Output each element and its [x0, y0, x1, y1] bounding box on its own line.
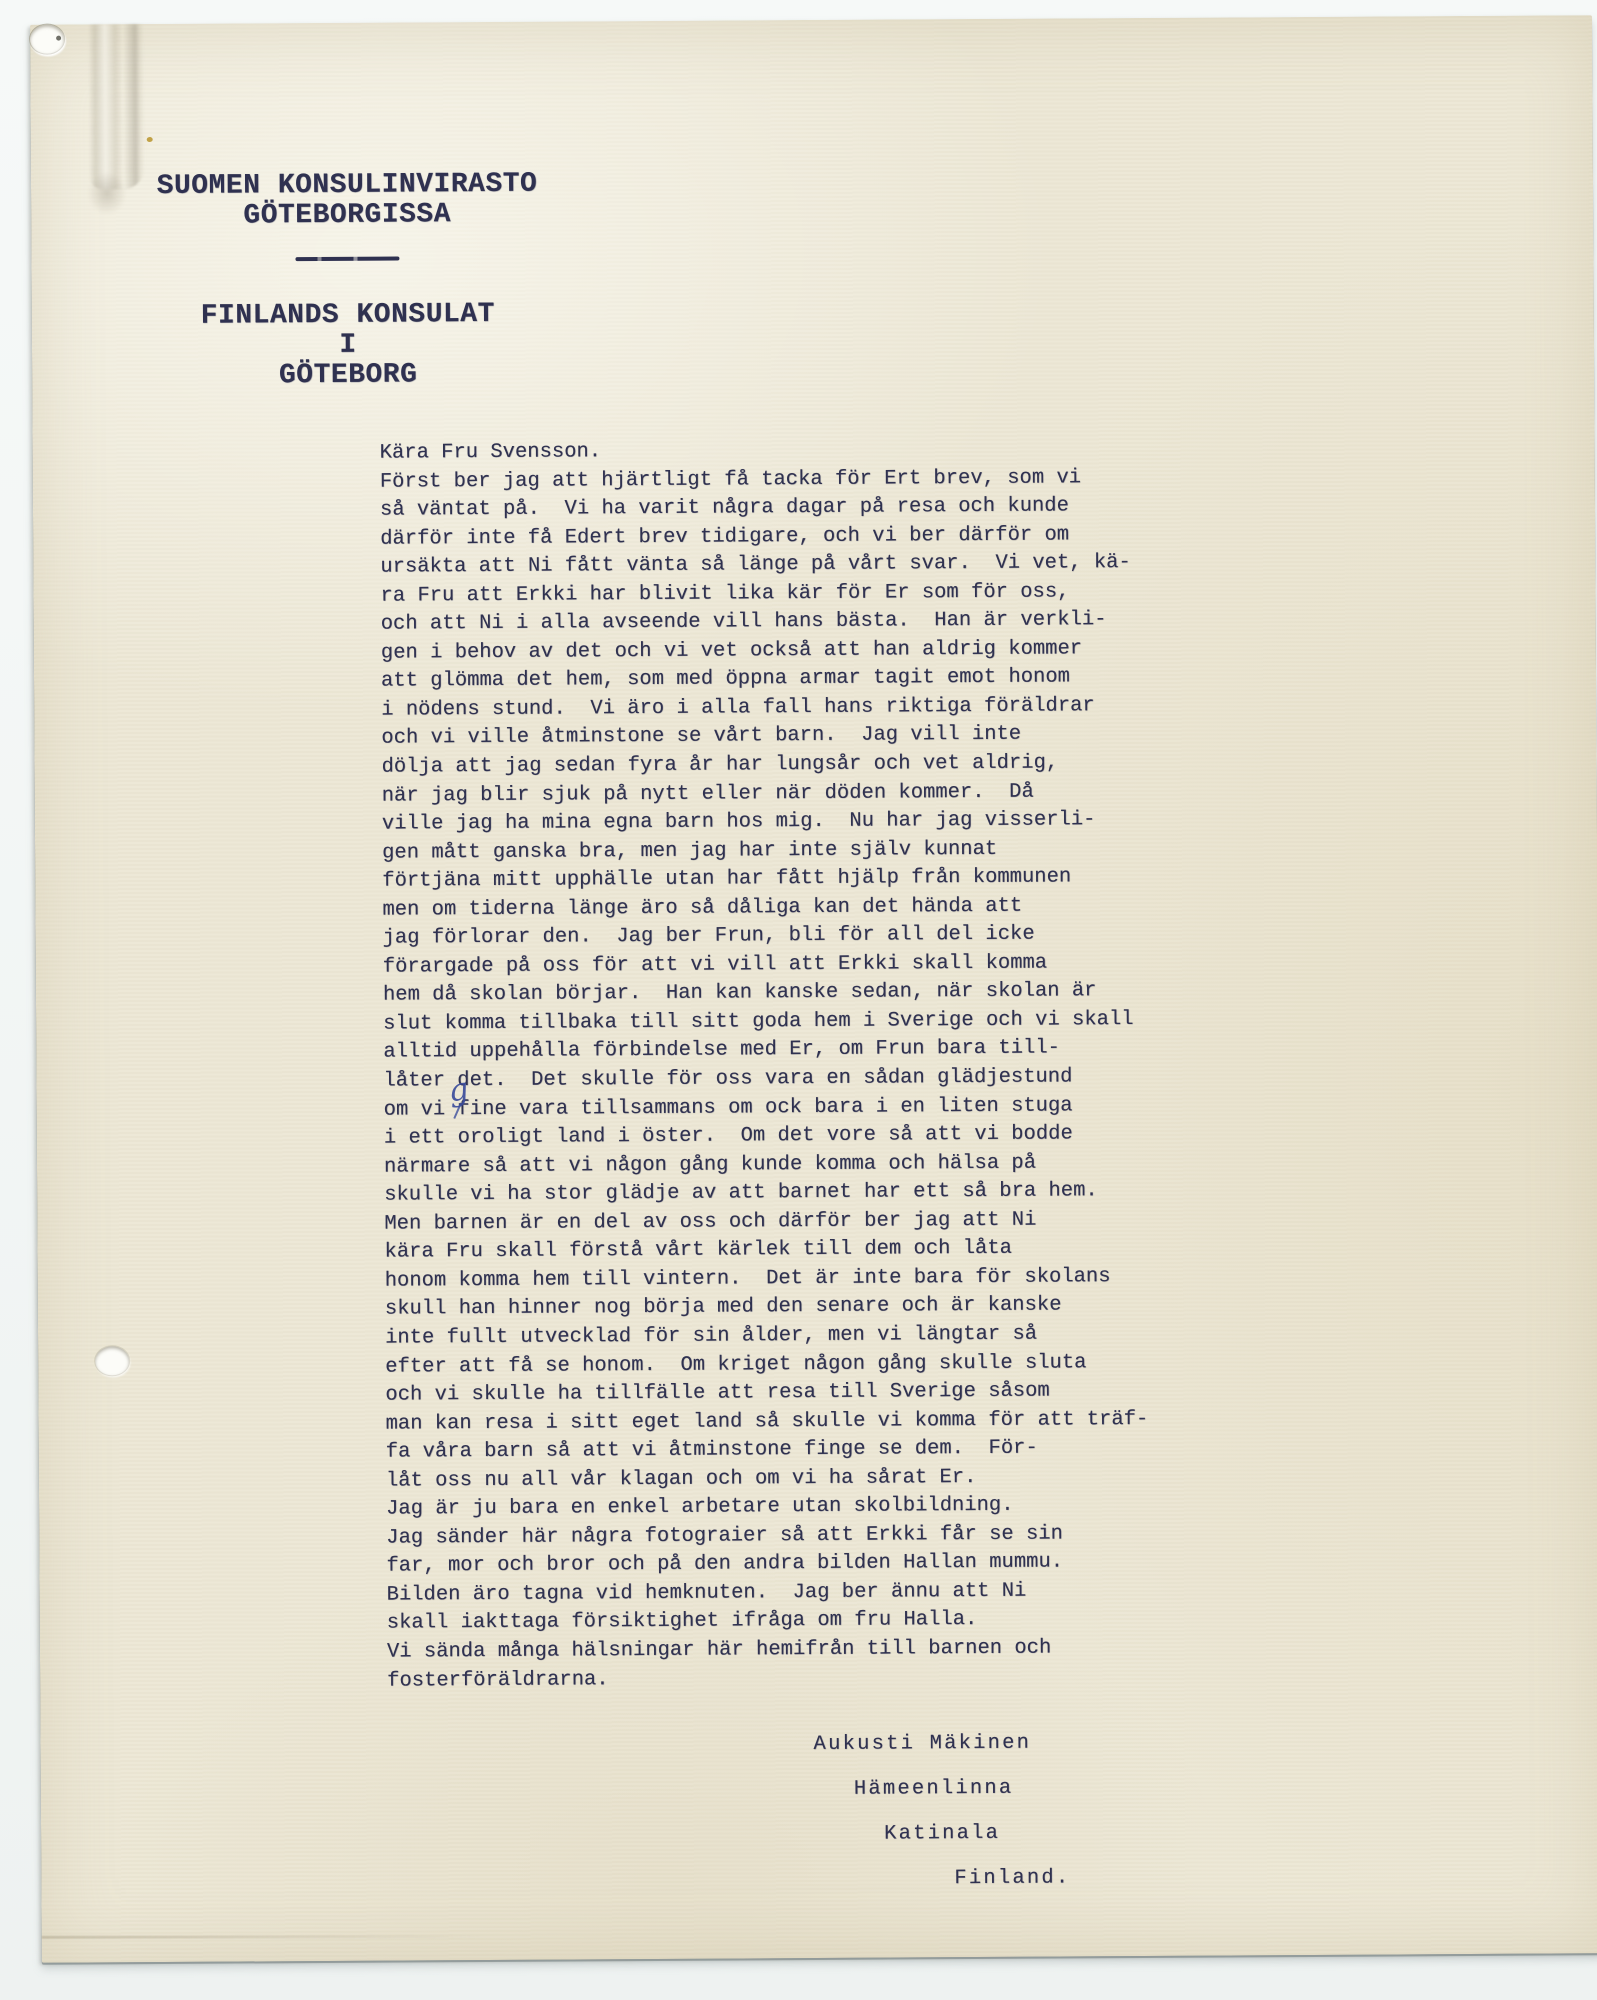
letter-line: kära Fru skall förstå vårt kärlek till d…: [384, 1234, 1147, 1267]
signature-line: Aukusti Mäkinen: [813, 1720, 1069, 1767]
punch-hole: [95, 1346, 129, 1375]
letter-line: honom komma hem till vintern. Det är int…: [385, 1263, 1148, 1296]
letter-line: slut komma tillbaka till sitt goda hem i…: [383, 1006, 1146, 1039]
letter-line: Jag sänder här några fotograier så att E…: [386, 1520, 1149, 1553]
paper-speck-dark: [56, 36, 61, 41]
letterhead-line: SUOMEN KONSULINVIRASTO: [149, 170, 545, 202]
letter-line: och att Ni i alla avseende vill hans bäs…: [381, 606, 1144, 639]
letter-line: dölja att jag sedan fyra år har lungsår …: [381, 749, 1144, 782]
letter-line: och vi ville åtminstone se vårt barn. Ja…: [381, 720, 1144, 753]
letter-line: fosterföräldrarna.: [387, 1662, 1150, 1695]
letterhead-finnish: SUOMEN KONSULINVIRASTOGÖTEBORGISSA: [149, 170, 545, 232]
letter-body: Kära Fru Svensson. Först ber jag att hjä…: [380, 435, 1150, 1696]
letter-line: fa våra barn så att vi åtminstone finge …: [386, 1434, 1149, 1467]
letterhead-divider: [295, 257, 399, 262]
letter-line: gen i behov av det och vi vet också att …: [381, 635, 1144, 668]
letter-line: därför inte få Edert brev tidigare, och …: [380, 521, 1143, 554]
letter-line: skull han hinner nog börja med den senar…: [385, 1291, 1148, 1324]
letter-line: och vi skulle ha tillfälle att resa till…: [385, 1377, 1148, 1410]
signature-block: Aukusti MäkinenHämeenlinnaKatinalaFinlan…: [813, 1720, 1070, 1902]
letterhead-line: GÖTEBORG: [150, 360, 546, 392]
letter-line: låt oss nu all vår klagan och om vi ha s…: [386, 1463, 1149, 1496]
fold-smudge: [81, 164, 133, 222]
letter-line: Jag är ju bara en enkel arbetare utan sk…: [386, 1491, 1149, 1524]
letter-line: skulle vi ha stor glädje av att barnet h…: [384, 1177, 1147, 1210]
paper-speck-yellow: [147, 137, 153, 142]
letter-line: Först ber jag att hjärtligt få tacka för…: [380, 464, 1143, 497]
signature-line: Hämeenlinna: [814, 1765, 1070, 1812]
letterhead: SUOMEN KONSULINVIRASTOGÖTEBORGISSA FINLA…: [149, 170, 546, 392]
letter-line: i ett oroligt land i öster. Om det vore …: [384, 1120, 1147, 1153]
signature-line: Katinala: [814, 1810, 1070, 1857]
letter-line: Vi sända många hälsningar här hemifrån t…: [387, 1634, 1150, 1667]
letter-line: låter det. Det skulle för oss vara en så…: [383, 1063, 1146, 1096]
letter-line: så väntat på. Vi ha varit några dagar på…: [380, 492, 1143, 525]
letterhead-line: GÖTEBORGISSA: [149, 200, 545, 232]
letter-line: Bilden äro tagna vid hemknuten. Jag ber …: [387, 1577, 1150, 1610]
letter-line: gen mått ganska bra, men jag har inte sj…: [382, 835, 1145, 868]
letter-line: i nödens stund. Vi äro i alla fall hans …: [381, 692, 1144, 725]
letter-line: om vi fine vara tillsammans om ock bara …: [384, 1092, 1147, 1125]
salutation: Kära Fru Svensson.: [380, 435, 1143, 468]
letterhead-swedish: FINLANDS KONSULATIGÖTEBORG: [150, 300, 547, 392]
letter-line: jag förlorar den. Jag ber Frun, bli för …: [383, 920, 1146, 953]
letter-line: att glömma det hem, som med öppna armar …: [381, 663, 1144, 696]
letter-line: hem då skolan börjar. Han kan kanske sed…: [383, 977, 1146, 1010]
letter-line: men om tiderna länge äro så dåliga kan d…: [382, 892, 1145, 925]
letter-line: ra Fru att Erkki har blivit lika kär för…: [380, 578, 1143, 611]
letter-line: skall iakttaga försiktighet ifråga om fr…: [387, 1605, 1150, 1638]
letter-line: förtjäna mitt upphälle utan har fått hjä…: [382, 863, 1145, 896]
letter-line: närmare så att vi någon gång kunde komma…: [384, 1149, 1147, 1182]
letter-line: förargade på oss för att vi vill att Erk…: [383, 949, 1146, 982]
letter-line: man kan resa i sitt eget land så skulle …: [385, 1406, 1148, 1439]
signature-line: Finland.: [814, 1855, 1070, 1902]
letter-line: ville jag ha mina egna barn hos mig. Nu …: [382, 806, 1145, 839]
letter-line: inte fullt utvecklad för sin ålder, men …: [385, 1320, 1148, 1353]
letter-lines: Först ber jag att hjärtligt få tacka för…: [380, 464, 1150, 1696]
letterhead-line: FINLANDS KONSULAT: [150, 300, 546, 332]
letter-line: när jag blir sjuk på nytt eller när döde…: [382, 778, 1145, 811]
letter-line: efter att få se honom. Om kriget någon g…: [385, 1348, 1148, 1381]
letter-line: far, mor och bror och på den andra bilde…: [386, 1548, 1149, 1581]
letter-line: ursäkta att Ni fått vänta så länge på vå…: [380, 549, 1143, 582]
scan-background: SUOMEN KONSULINVIRASTOGÖTEBORGISSA FINLA…: [0, 0, 1597, 2000]
bottom-crease: [42, 1935, 482, 1939]
letter-line: alltid uppehålla förbindelse med Er, om …: [383, 1034, 1146, 1067]
letter-paper: SUOMEN KONSULINVIRASTOGÖTEBORGISSA FINLA…: [30, 15, 1597, 1963]
letterhead-line: I: [150, 330, 546, 362]
letter-line: Men barnen är en del av oss och därför b…: [384, 1206, 1147, 1239]
